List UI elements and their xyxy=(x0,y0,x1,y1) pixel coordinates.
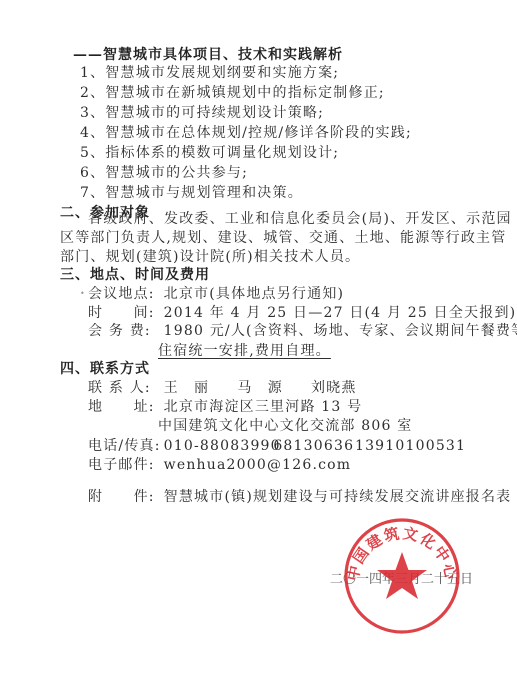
email-value: wenhua2000@126.com xyxy=(164,456,352,474)
topic-item-4: 4、智慧城市在总体规划/控规/修详各阶段的实践; xyxy=(80,124,412,142)
phone-1: 010-88083990 xyxy=(164,437,268,455)
address-line-2: 中国建筑文化中心文化交流部 806 室 xyxy=(158,417,412,435)
section-title-contact: 四、联系方式 xyxy=(60,360,150,378)
attachment-value: 智慧城市(镇)规划建设与可持续发展交流讲座报名表 xyxy=(164,488,512,506)
contact-person-label: 联 系 人: xyxy=(88,379,158,397)
fee-row: 会 务 费: 1980 元/人(含资料、场地、专家、会议期间午餐费等) xyxy=(88,322,517,340)
phone-3: 13910100531 xyxy=(355,437,466,455)
contact-person-2: 马 源 xyxy=(237,379,305,397)
topic-item-7: 7、智慧城市与规划管理和决策。 xyxy=(80,184,303,202)
topic-item-2: 2、智慧城市在新城镇规划中的指标定制修正; xyxy=(80,84,385,102)
bullet-dot-icon: • xyxy=(80,289,85,298)
topic-heading: ——智慧城市具体项目、技术和实践解析 xyxy=(73,46,343,64)
venue-row: 会议地点: 北京市(具体地点另行通知) xyxy=(88,285,344,303)
accommodation-note: 住宿统一安排,费用自理。 xyxy=(158,342,331,360)
attachment-label: 附 件: xyxy=(88,488,158,506)
topic-item-5: 5、指标体系的模数可调量化规划设计; xyxy=(80,144,339,162)
contact-person-row: 联 系 人: 王 丽 马 源 刘晓燕 xyxy=(88,379,357,397)
contact-person-3: 刘晓燕 xyxy=(311,379,357,397)
venue-label: 会议地点: xyxy=(88,285,158,303)
fee-value: 1980 元/人(含资料、场地、专家、会议期间午餐费等) xyxy=(164,322,517,340)
address-row: 地 址: 北京市海淀区三里河路 13 号 xyxy=(88,398,362,416)
address-line-1: 北京市海淀区三里河路 13 号 xyxy=(164,398,363,416)
time-value: 2014 年 4 月 25 日—27 日(4 月 25 日全天报到) xyxy=(164,304,517,322)
official-seal-icon: 中国建筑文化中心 xyxy=(342,516,462,636)
attachment-row: 附 件: 智慧城市(镇)规划建设与可持续发展交流讲座报名表 xyxy=(88,488,511,506)
email-label: 电子邮件: xyxy=(88,456,158,474)
time-row: 时 间: 2014 年 4 月 25 日—27 日(4 月 25 日全天报到) xyxy=(88,304,516,322)
topic-item-6: 6、智慧城市的公共参与; xyxy=(80,164,248,182)
address-label: 地 址: xyxy=(88,398,158,416)
participants-line-3: 部门、规划(建筑)设计院(所)相关技术人员。 xyxy=(60,248,360,266)
phone-2: 68130636 xyxy=(273,437,349,455)
participants-line-2: 区等部门负责人,规划、建设、城管、交通、土地、能源等行政主管 xyxy=(60,229,506,247)
venue-value: 北京市(具体地点另行通知) xyxy=(164,285,345,303)
section-title-venue-time-fee: 三、地点、时间及费用 xyxy=(60,266,210,284)
email-row: 电子邮件: wenhua2000@126.com xyxy=(88,456,351,474)
topic-item-3: 3、智慧城市的可持续规划设计策略; xyxy=(80,104,324,122)
fee-label: 会 务 费: xyxy=(88,322,158,340)
phone-label: 电话/传真: xyxy=(88,437,158,455)
time-label: 时 间: xyxy=(88,304,158,322)
phone-row: 电话/传真: 010-88083990 68130636 13910100531 xyxy=(88,437,466,455)
topic-item-1: 1、智慧城市发展规划纲要和实施方案; xyxy=(80,64,339,82)
contact-person-1: 王 丽 xyxy=(164,379,232,397)
participants-line-1: 各级政府、发改委、工业和信息化委员会(局)、开发区、示范园 xyxy=(88,210,512,228)
